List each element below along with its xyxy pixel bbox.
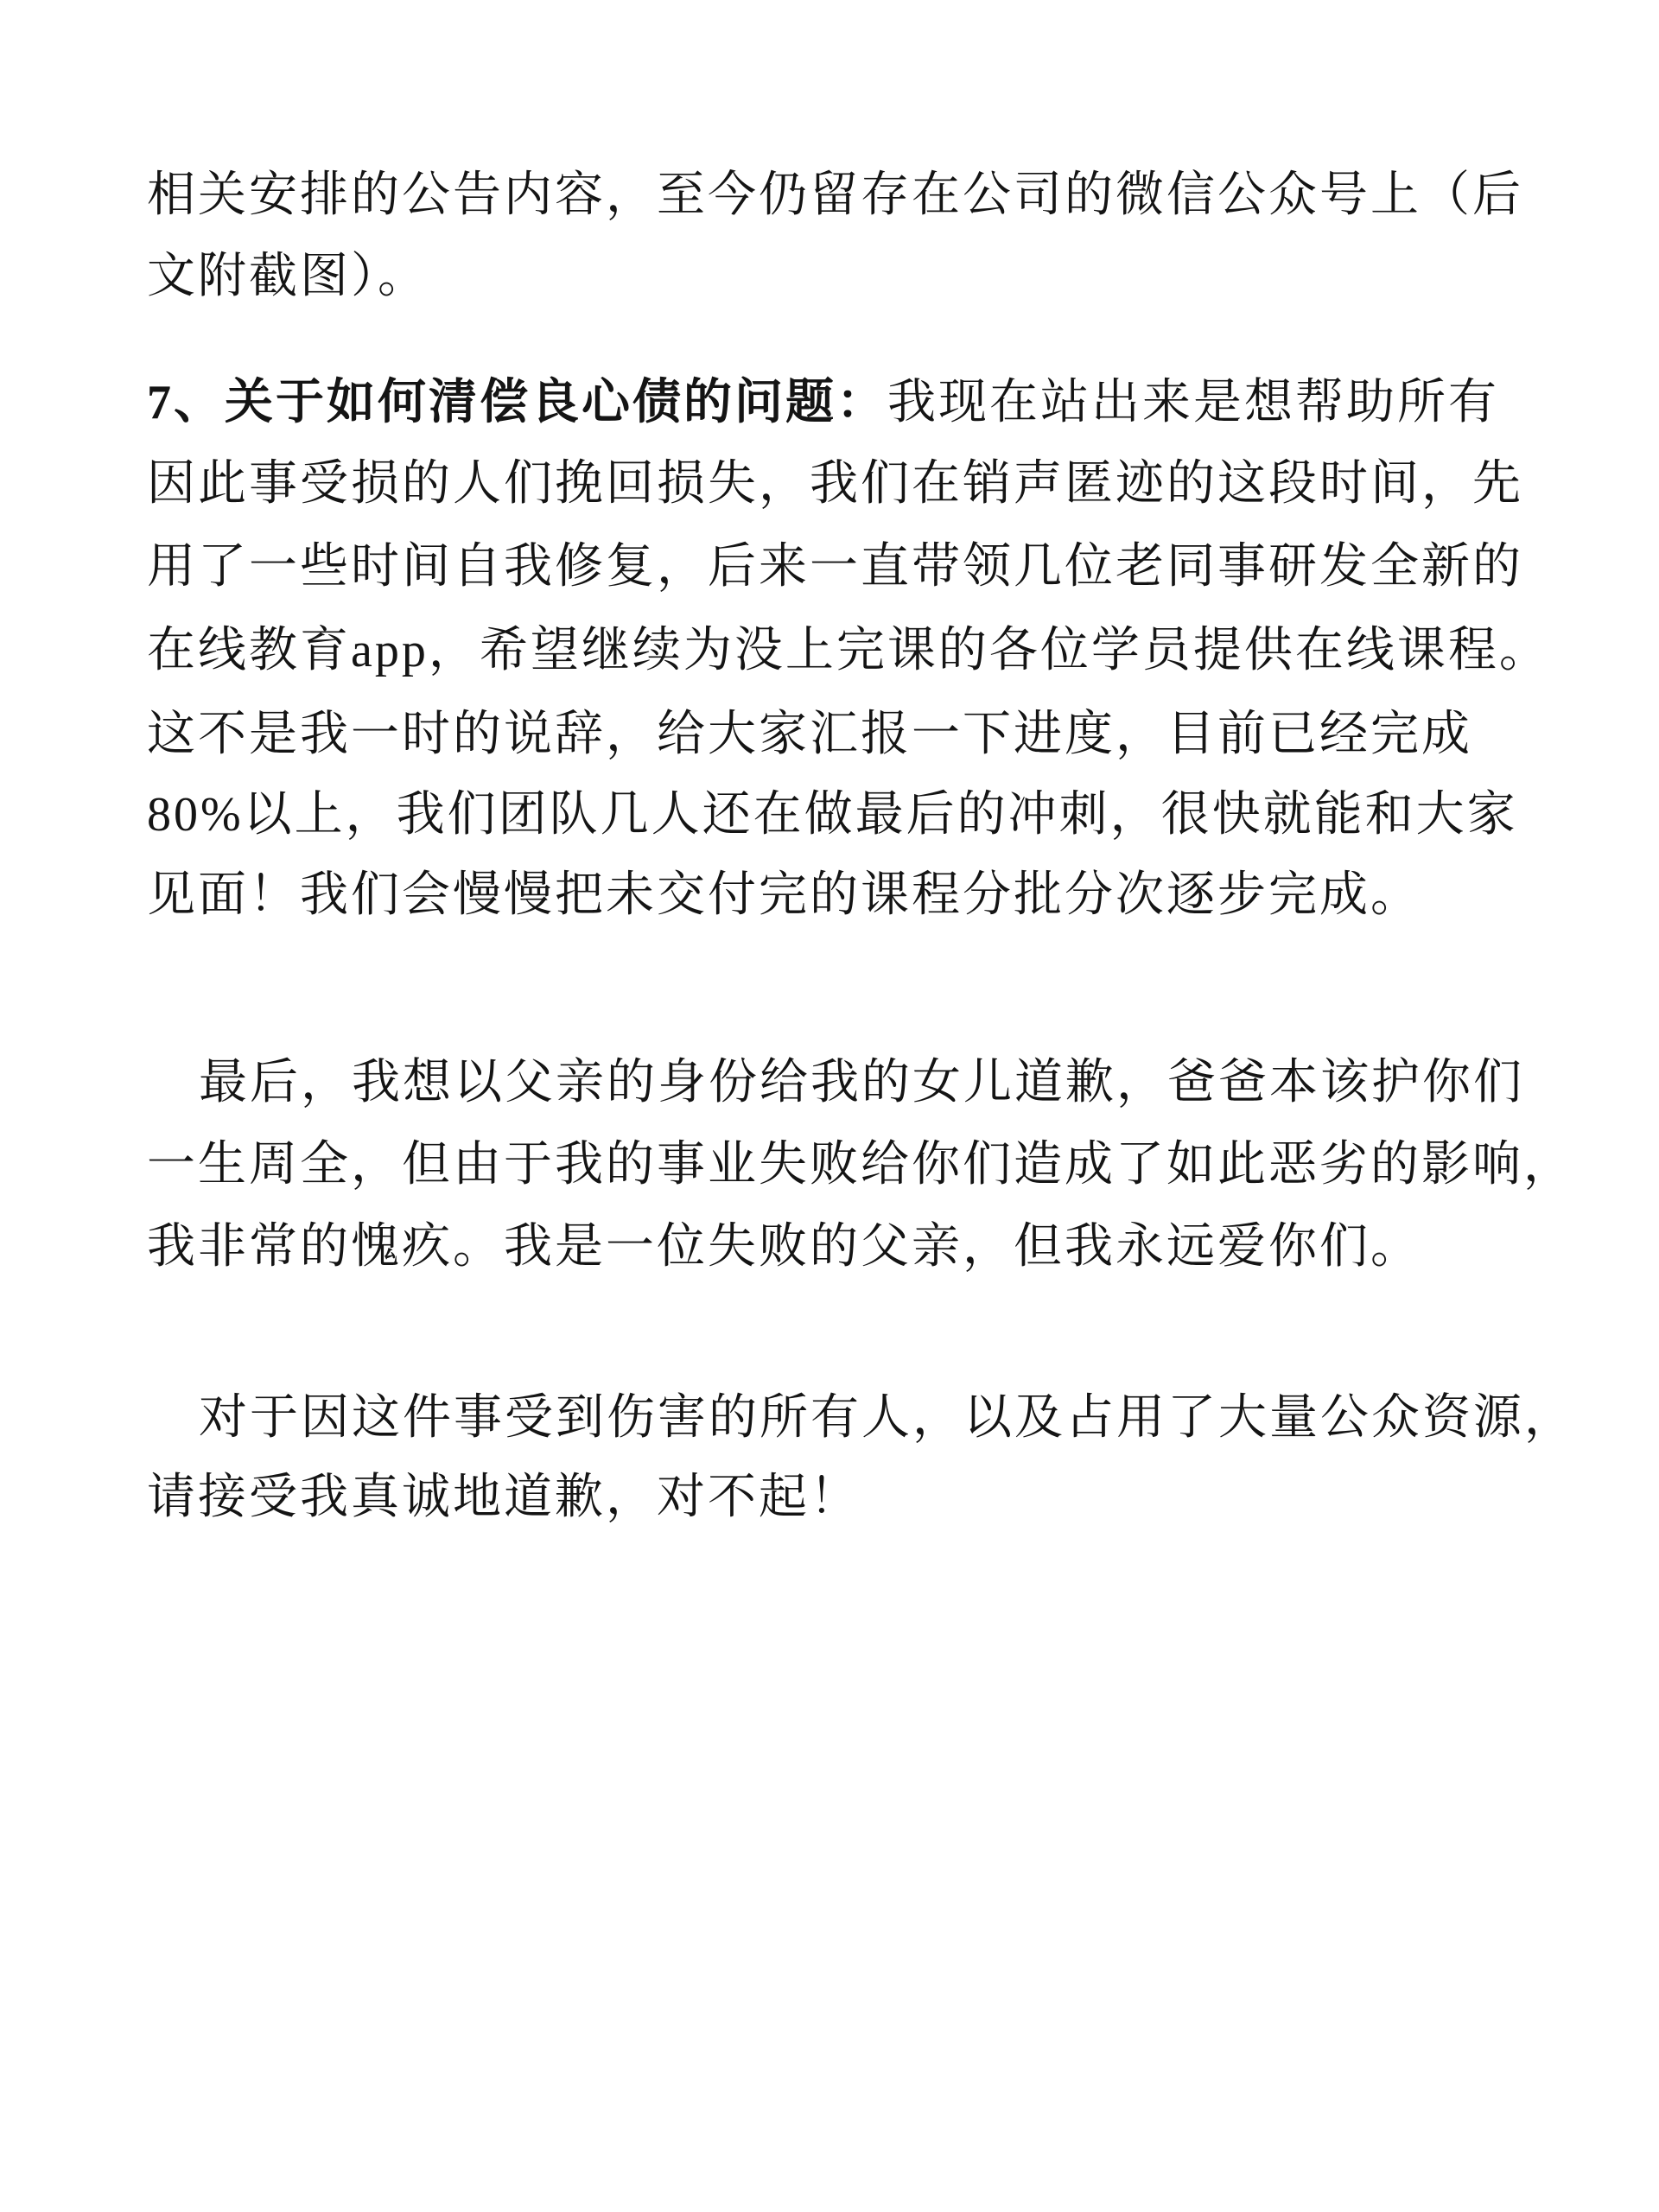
text-line: 在线教育app，希望继续为没上完课的各位学员提供在线课程。: [147, 626, 1550, 675]
document-page: 相关安排的公告内容，至今仍留存在公司的微信公众号上（后 文附截图）。 7、关于如…: [0, 0, 1659, 2212]
text-line: 80%以上，我们团队几人还在做最后的冲刺，很快就能和大家: [147, 791, 1518, 839]
text-line: 这不是我一时的说辞，给大家汇报一下进度，目前已经完成: [147, 710, 1472, 759]
text-line: 文附截图）。: [147, 252, 429, 301]
text-run: 我现在站出来是想帮助所有: [887, 376, 1499, 429]
text-line: 对于因这件事受到伤害的所有人，以及占用了大量公众资源，: [199, 1394, 1575, 1442]
text-line: 用了一些时间自我修复，后来一直带领几位老同事研发全新的: [147, 543, 1523, 591]
text-line: 因此事受损的人们挽回损失，我们在销声匿迹的这段时间，先: [147, 460, 1523, 508]
text-line: 相关安排的公告内容，至今仍留存在公司的微信公众号上（后: [147, 171, 1523, 219]
point-7-heading: 7、关于如何清偿良心债的问题：: [147, 376, 887, 429]
text-line: 7、关于如何清偿良心债的问题：我现在站出来是想帮助所有: [147, 378, 1499, 427]
text-line: 见面！我们会慢慢把未交付完的课程分批分次逐步完成。: [147, 871, 1421, 919]
text-line: 请接受我真诚地道歉，对不起！: [147, 1473, 861, 1522]
text-line: 最后，我想以父亲的身份给我的女儿道歉，爸爸本该护你们: [199, 1058, 1524, 1107]
text-line: 我非常的愧疚。我是一位失败的父亲，但我永远爱你们。: [147, 1223, 1421, 1271]
text-line: 一生周全，但由于我的事业失败给你们造成了如此恶劣的影响，: [147, 1141, 1574, 1189]
